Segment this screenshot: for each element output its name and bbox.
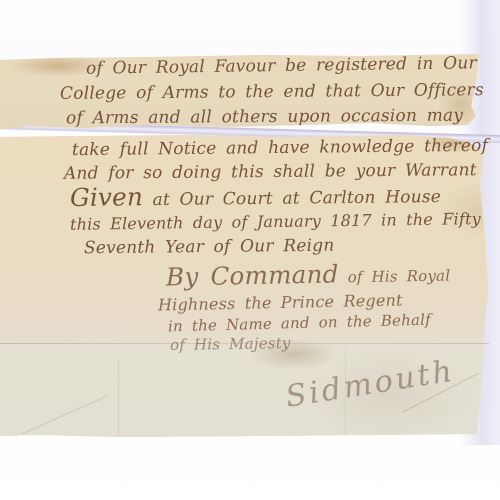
manuscript-line: Given at Our Court at Carlton House bbox=[70, 184, 441, 211]
manuscript-line: College of Arms to the end that Our Offi… bbox=[60, 81, 484, 103]
manuscript-line: take full Notice and have knowledge ther… bbox=[72, 137, 488, 160]
manuscript-closing-rest: of His Royal bbox=[338, 267, 450, 287]
manuscript-closing-line: of His Majesty bbox=[170, 335, 291, 354]
manuscript-word-given: Given bbox=[70, 182, 143, 212]
manuscript-by-command: By Command bbox=[166, 259, 339, 291]
fold-crease-vertical-left bbox=[118, 358, 119, 436]
manuscript-line: Seventh Year of Our Reign bbox=[84, 237, 335, 258]
manuscript-line: And for so doing this shall be your Warr… bbox=[64, 161, 477, 183]
manuscript-line: of Arms and all others upon occasion may bbox=[66, 107, 463, 128]
document-photo: of Our Royal Favour be registered in Our… bbox=[0, 0, 500, 500]
manuscript-line-rest: at Our Court at Carlton House bbox=[143, 187, 441, 210]
